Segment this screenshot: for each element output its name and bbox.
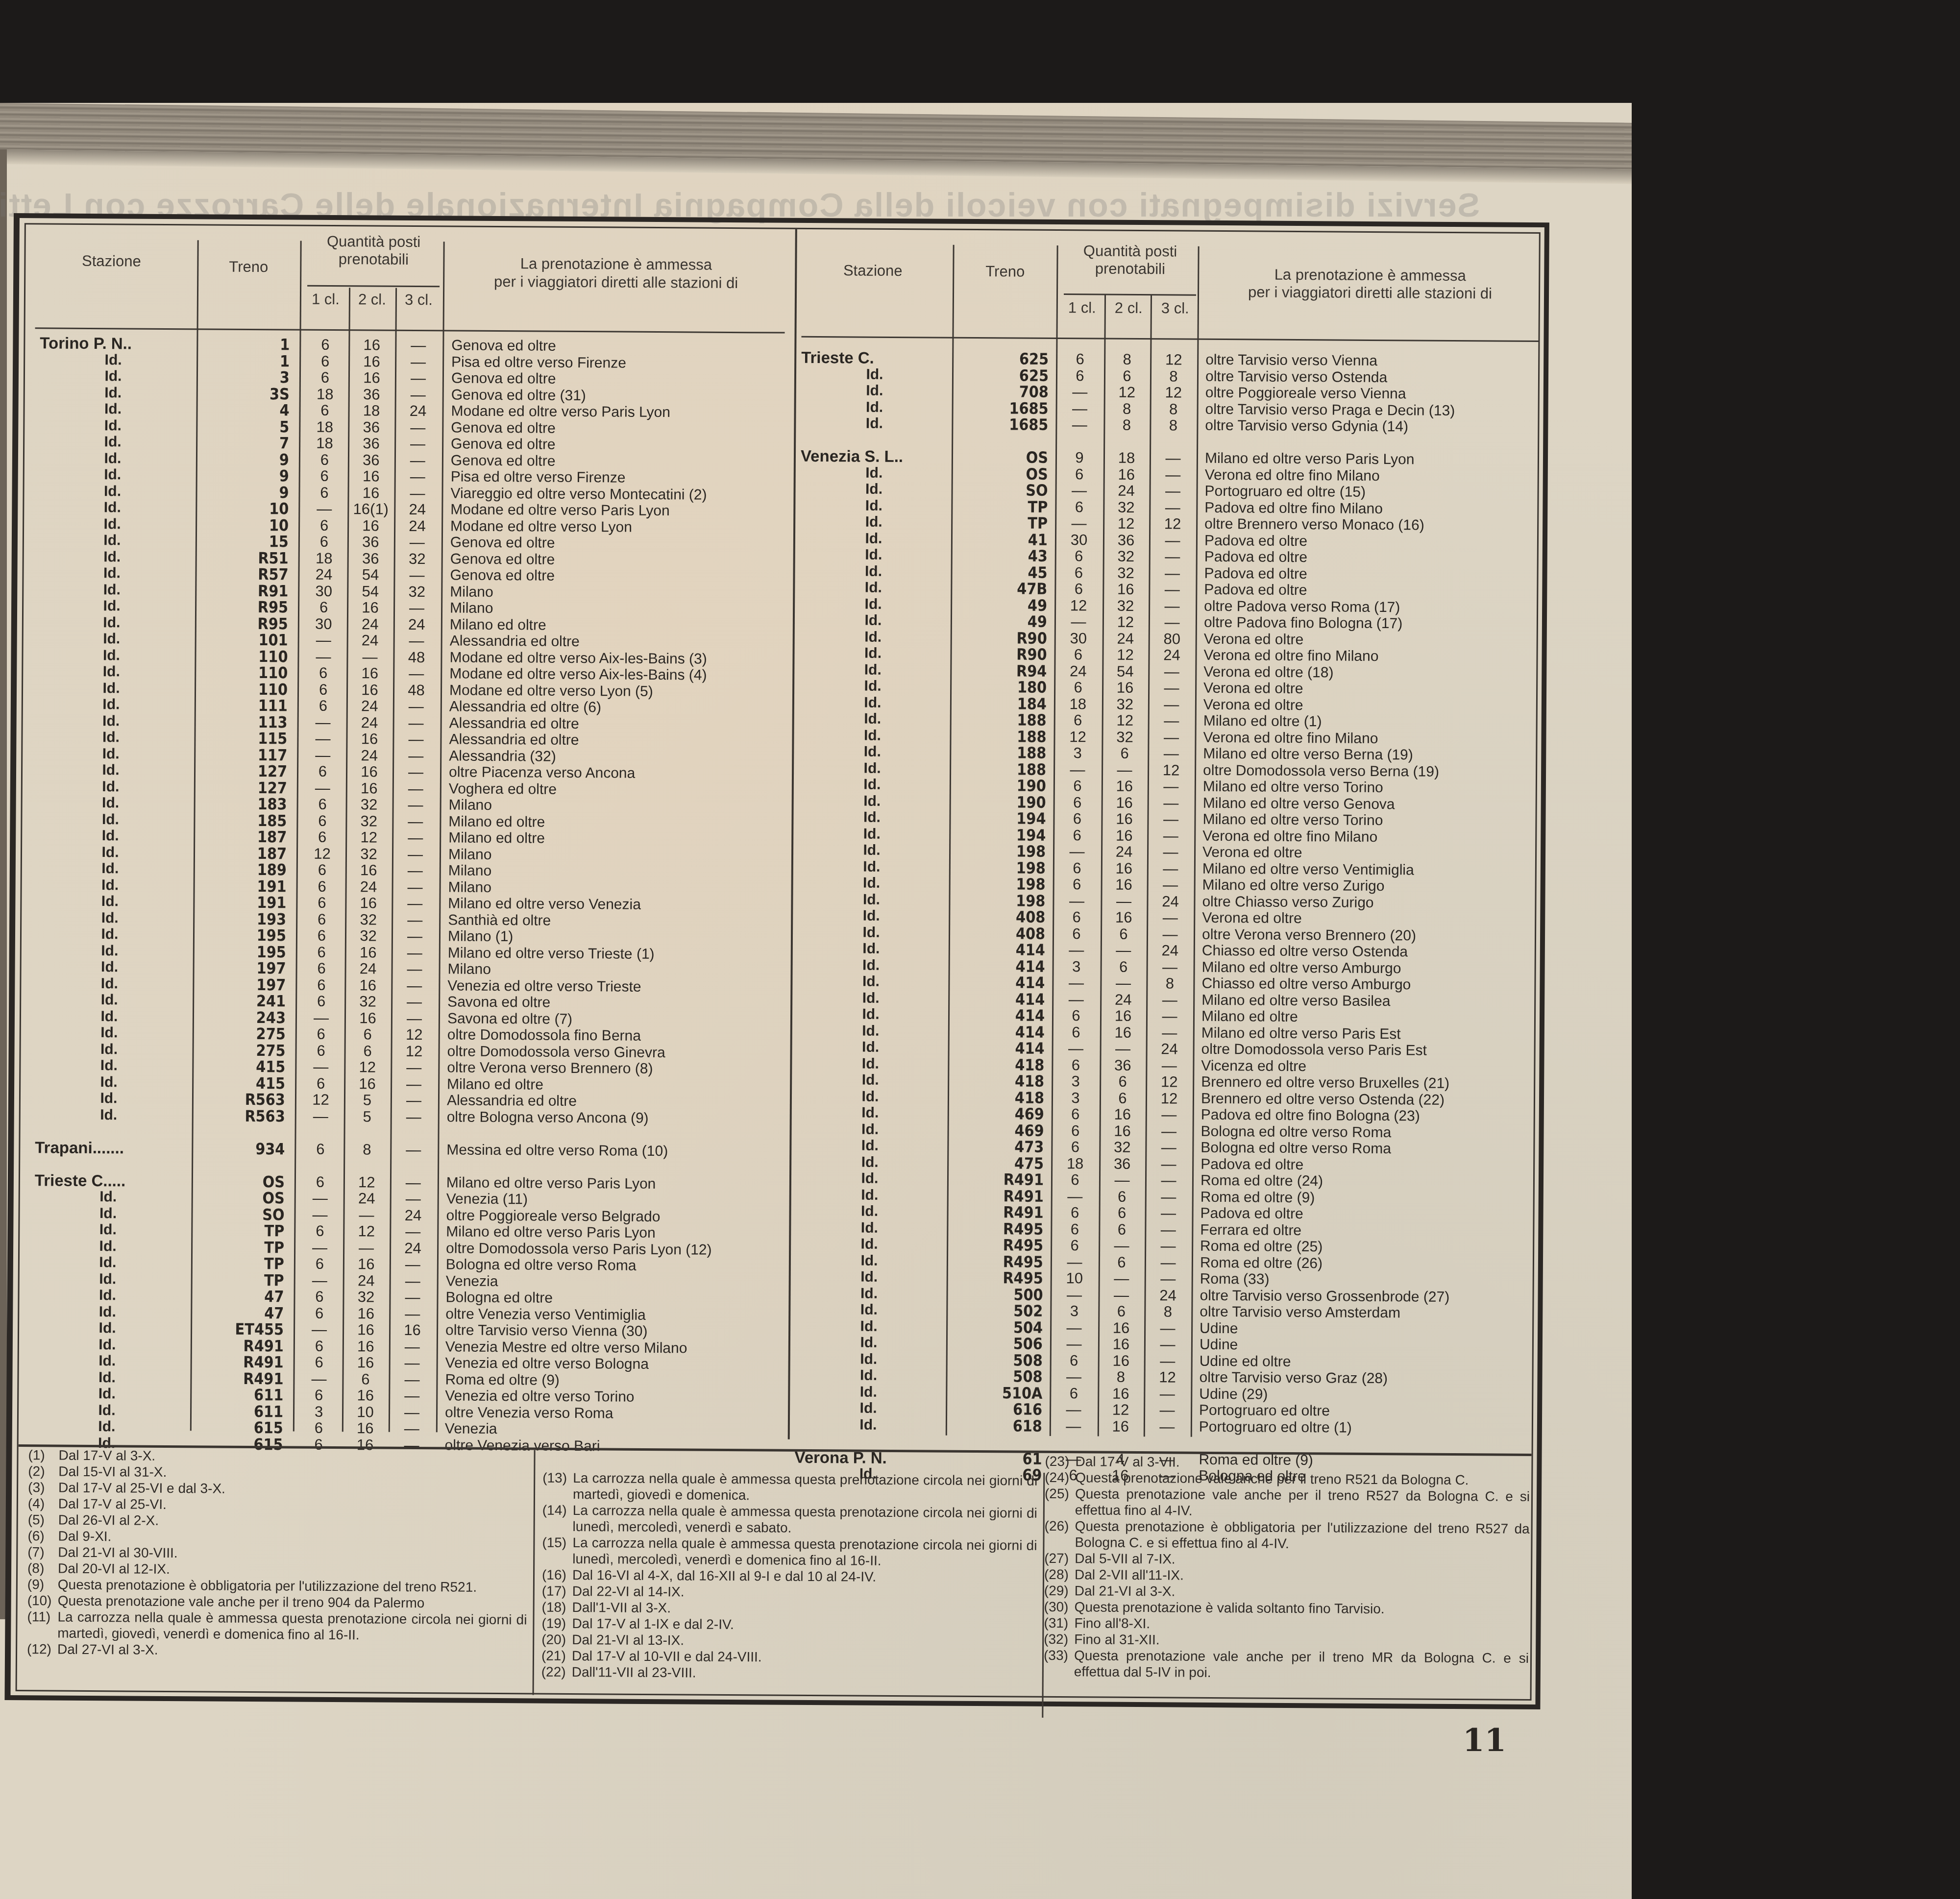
station-cell: Id. [797, 973, 944, 991]
destination-cell: Verona ed oltre fino Milano [1205, 466, 1538, 485]
third-class-seats-cell: — [1149, 532, 1196, 549]
second-class-seats-cell: 24 [344, 960, 391, 977]
train-number-cell: 188 [955, 760, 1046, 778]
first-class-seats-cell: 6 [299, 812, 345, 829]
first-class-seats-cell: 3 [295, 1403, 342, 1420]
first-class-seats-cell: — [1050, 1319, 1098, 1336]
second-class-seats-cell: 54 [1102, 663, 1148, 680]
first-class-seats-cell: 12 [297, 1092, 344, 1109]
footnote: (22)Dall'11-VII al 23-VIII. [541, 1664, 1036, 1683]
first-class-seats-cell: 6 [297, 1075, 344, 1092]
station-cell: Trieste C. [801, 349, 948, 367]
train-number-cell: R491 [953, 1204, 1043, 1221]
train-number-cell: 111 [204, 697, 288, 714]
footnote-number: (31) [1044, 1615, 1074, 1631]
station-cell: Id. [796, 1252, 943, 1269]
third-class-seats-cell: — [394, 419, 441, 436]
train-number-cell: 506 [952, 1335, 1043, 1352]
train-number-cell: OS [201, 1189, 285, 1206]
third-class-seats-cell: — [1145, 1238, 1192, 1255]
third-class-seats-cell: — [395, 386, 441, 403]
station-cell: Id. [38, 680, 185, 697]
third-class-seats-cell: — [389, 1420, 435, 1437]
first-class-seats-cell: 6 [298, 993, 344, 1010]
first-class-seats-cell: 6 [296, 1223, 343, 1240]
station-cell: Id. [38, 630, 185, 648]
first-class-seats-cell: — [1055, 416, 1103, 434]
destination-cell: Milano ed oltre [450, 616, 783, 635]
station-cell: Id. [35, 1073, 182, 1091]
station-cell: Id. [800, 612, 947, 630]
station-cell: Id. [796, 1170, 943, 1188]
train-number-cell: 414 [954, 1040, 1045, 1057]
third-class-seats-cell: — [1148, 778, 1195, 795]
destination-cell: Padova ed oltre [1200, 1156, 1534, 1174]
station-cell: Id. [37, 827, 184, 845]
third-class-seats-cell: — [1147, 876, 1194, 894]
third-class-seats-cell: 12 [391, 1026, 438, 1044]
destination-cell: Chiasso ed oltre verso Amburgo [1201, 975, 1535, 994]
third-class-seats-cell: — [389, 1371, 435, 1388]
header-2cl: 2 cl. [1105, 299, 1152, 318]
third-class-seats-cell: 12 [1149, 515, 1196, 533]
station-cell: Id. [796, 1236, 943, 1253]
destination-cell: oltre Domodossola fino Berna [447, 1026, 781, 1045]
second-class-seats-cell: 6 [1104, 367, 1150, 385]
station-cell: Id. [34, 1238, 181, 1255]
second-class-seats-cell: 16 [1101, 860, 1147, 877]
train-number-cell: 414 [954, 1023, 1045, 1040]
train-number-cell: 187 [203, 828, 287, 845]
book-page: Servizi disimpegnati con veicoli della C… [0, 103, 1632, 1899]
destination-cell: Alessandria (32) [449, 748, 782, 766]
station-cell: Id. [800, 595, 947, 613]
train-number-cell: 500 [952, 1286, 1043, 1303]
station-cell: Id. [36, 1008, 183, 1025]
destination-cell: Milano ed oltre verso Paris Est [1201, 1024, 1535, 1043]
third-class-seats-cell: — [1148, 680, 1195, 697]
train-number-cell: 508 [952, 1368, 1042, 1385]
station-cell: Id. [34, 1205, 181, 1222]
second-class-seats-cell: — [1100, 975, 1146, 992]
first-class-seats-cell: — [1050, 1401, 1098, 1418]
train-number-cell: OS [201, 1173, 285, 1190]
destination-cell: oltre Tarvisio verso Praga e Decin (13) [1205, 401, 1538, 419]
first-class-seats-cell: 6 [301, 517, 347, 534]
third-class-seats-cell: 24 [390, 1207, 436, 1224]
second-class-seats-cell: 54 [347, 566, 393, 584]
station-cell: Id. [797, 1088, 944, 1105]
second-class-seats-cell: 16 [1102, 794, 1148, 811]
destination-cell: oltre Venezia verso Roma [445, 1404, 778, 1423]
train-number-cell: 10 [205, 516, 289, 534]
footnote-text: Questa prenotazione vale anche per il tr… [1074, 1647, 1529, 1682]
train-number-cell: 1 [206, 336, 290, 353]
second-class-seats-cell: 16 [345, 895, 392, 912]
third-class-seats-cell: — [392, 911, 438, 928]
first-class-seats-cell: 6 [1051, 1220, 1099, 1238]
station-cell: Id. [801, 415, 948, 433]
second-class-seats-cell: 36 [348, 386, 395, 403]
train-number-cell: 198 [955, 859, 1046, 876]
destination-cell: Milano ed oltre verso Torino [1203, 779, 1536, 797]
footnote-number: (15) [542, 1534, 572, 1567]
first-class-seats-cell: 6 [298, 927, 345, 945]
train-number-cell: R495 [953, 1220, 1043, 1237]
destination-cell: Messina ed oltre verso Roma (10) [446, 1142, 780, 1160]
destination-cell: Padova ed oltre [1204, 532, 1538, 551]
first-class-seats-cell: 12 [1054, 597, 1102, 614]
second-class-seats-cell: 12 [345, 829, 392, 846]
destination-cell: oltre Padova verso Roma (17) [1204, 598, 1537, 616]
third-class-seats-cell: — [1147, 844, 1194, 861]
train-number-cell: R95 [205, 615, 288, 632]
train-number-cell: 127 [204, 779, 287, 796]
third-class-seats-cell: — [1145, 1254, 1192, 1271]
destination-cell: Santhià ed oltre [448, 912, 781, 930]
second-class-seats-cell: 16 [1098, 1352, 1144, 1369]
destination-cell: Milano [450, 600, 783, 618]
third-class-seats-cell: 8 [1146, 975, 1193, 992]
second-class-seats-cell: 32 [1103, 499, 1149, 516]
first-class-seats-cell: 6 [1053, 794, 1102, 811]
first-class-seats-cell: — [300, 648, 346, 665]
train-number-cell: OS [957, 465, 1048, 482]
station-cell: Trapani....... [35, 1139, 182, 1157]
station-cell: Id. [799, 678, 946, 695]
third-class-seats-cell: — [1147, 926, 1194, 943]
third-class-seats-cell: — [395, 370, 441, 387]
station-cell: Id. [37, 745, 184, 763]
train-number-cell: 510A [952, 1384, 1042, 1401]
station-cell: Id. [34, 1287, 181, 1304]
third-class-seats-cell: 24 [1147, 942, 1194, 959]
first-class-seats-cell: 6 [296, 1338, 343, 1355]
first-class-seats-cell: 6 [1055, 548, 1103, 565]
first-class-seats-cell: — [1055, 482, 1103, 499]
station-cell: Id. [796, 1186, 943, 1204]
header-quantita-line1: Quantità posti [303, 232, 445, 252]
first-class-seats-cell: 18 [301, 435, 348, 452]
footnote-number: (3) [28, 1479, 58, 1495]
station-cell: Id. [801, 382, 948, 400]
third-class-seats-cell: 8 [1150, 401, 1197, 418]
footnote: (26)Questa prenotazione è obbligatoria p… [1044, 1518, 1529, 1553]
destination-cell: Voghera ed oltre [449, 780, 782, 799]
station-cell: Id. [797, 1071, 944, 1089]
station-cell: Id. [799, 727, 946, 744]
third-class-seats-cell: — [1148, 795, 1195, 812]
second-class-seats-cell: — [1099, 1172, 1145, 1189]
station-cell: Id. [798, 825, 945, 843]
second-class-seats-cell: 16 [1102, 581, 1149, 598]
first-class-seats-cell: 6 [301, 484, 347, 501]
train-number-cell: 195 [203, 943, 286, 960]
train-number-cell: 611 [200, 1403, 283, 1420]
station-cell: Id. [36, 942, 183, 960]
first-class-seats-cell: 6 [296, 1289, 343, 1306]
second-class-seats-cell: — [1101, 942, 1147, 959]
first-class-seats-cell: — [1052, 1040, 1100, 1057]
train-number-cell: 43 [957, 547, 1048, 564]
station-cell: Id. [39, 532, 186, 549]
station-cell: Id. [796, 1137, 943, 1155]
destination-cell: Milano [450, 584, 783, 602]
footnote-text: La carrozza nella quale è ammessa questa… [573, 1470, 1037, 1505]
third-class-seats-cell: — [1150, 466, 1197, 484]
first-class-seats-cell: 6 [1054, 564, 1102, 581]
destination-cell: Portogruaro ed oltre (15) [1204, 483, 1538, 502]
destination-cell: Milano ed oltre verso Basilea [1201, 992, 1535, 1010]
second-class-seats-cell: 16 [348, 353, 395, 370]
station-cell: Id. [37, 794, 184, 812]
train-number-cell: 414 [954, 990, 1045, 1007]
destination-cell: Milano ed oltre verso Paris Lyon [1205, 450, 1538, 469]
third-class-seats-cell: 12 [391, 1043, 437, 1060]
station-cell: Id. [798, 907, 945, 925]
third-class-seats-cell: — [392, 928, 438, 945]
first-class-seats-cell: 6 [296, 1354, 343, 1371]
first-class-seats-cell: 6 [1053, 925, 1101, 942]
third-class-seats-cell: 12 [1144, 1369, 1191, 1386]
second-class-seats-cell: 16 [342, 1420, 389, 1437]
footnote-text: La carrozza nella quale è ammessa questa… [573, 1502, 1037, 1537]
third-class-seats-cell: — [393, 567, 440, 584]
second-class-seats-cell: 6 [1100, 1073, 1146, 1091]
station-cell: Id. [34, 1336, 181, 1354]
first-class-seats-cell: — [1054, 613, 1102, 631]
destination-cell: Alessandria ed oltre [450, 633, 783, 651]
destination-cell: Alessandria ed oltre [447, 1092, 780, 1111]
train-number-cell: R495 [953, 1253, 1043, 1270]
first-class-seats-cell: — [1053, 892, 1101, 909]
train-number-cell: 110 [204, 648, 288, 665]
second-class-seats-cell: 12 [343, 1223, 390, 1240]
second-class-seats-cell: 12 [343, 1174, 390, 1191]
third-class-seats-cell: — [395, 337, 441, 354]
first-class-seats-cell: 6 [1053, 909, 1101, 926]
footnote-text: Dal 27-VI al 3-X. [57, 1641, 527, 1660]
first-class-seats-cell: 3 [1053, 745, 1102, 762]
train-number-cell: R491 [200, 1370, 283, 1387]
header-treno: Treno [954, 262, 1056, 281]
destination-cell: oltre Tarvisio verso Amsterdam [1200, 1304, 1533, 1322]
second-class-seats-cell: 8 [1104, 351, 1150, 368]
destination-cell: Roma (33) [1200, 1271, 1533, 1290]
second-class-seats-cell: 18 [1103, 450, 1150, 467]
third-class-seats-cell: — [1149, 565, 1196, 582]
destination-cell: Verona ed oltre fino Milano [1202, 828, 1536, 846]
second-class-seats-cell: 16 [1099, 1122, 1145, 1140]
third-class-seats-cell: — [392, 846, 439, 863]
train-number-cell: 191 [203, 894, 286, 911]
station-cell: Trieste C..... [35, 1172, 182, 1190]
third-class-seats-cell: — [1145, 1172, 1192, 1189]
destination-cell: Modane ed oltre verso Lyon (5) [449, 682, 783, 701]
first-class-seats-cell: 6 [296, 1305, 343, 1322]
destination-cell: Modane ed oltre verso Paris Lyon [450, 501, 784, 520]
train-number-cell: R94 [956, 662, 1047, 679]
footnote-number: (16) [542, 1567, 572, 1583]
station-cell: Id. [36, 975, 183, 993]
second-class-seats-cell: 16 [344, 977, 391, 994]
station-cell: Id. [796, 1153, 943, 1171]
first-class-seats-cell: 6 [299, 862, 345, 879]
footnote-number: (32) [1044, 1631, 1074, 1647]
third-class-seats-cell: — [394, 534, 441, 551]
third-class-seats-cell: — [1147, 811, 1194, 828]
second-class-seats-cell: 16 [345, 944, 392, 961]
footnote-number: (12) [27, 1641, 57, 1657]
footnote-number: (11) [27, 1608, 57, 1641]
third-class-seats-cell: — [391, 1059, 437, 1076]
second-class-seats-cell: 32 [343, 1289, 389, 1306]
train-number-cell: 414 [954, 1007, 1045, 1024]
third-class-seats-cell: — [393, 714, 440, 731]
first-class-seats-cell: 6 [297, 1141, 343, 1158]
second-class-seats-cell: 12 [1102, 712, 1148, 730]
destination-cell: oltre Tarvisio verso Ostenda [1205, 368, 1539, 387]
third-class-seats-cell: — [1149, 581, 1196, 598]
station-cell: Id. [796, 1219, 943, 1237]
destination-cell: Verona ed oltre [1204, 631, 1537, 649]
train-number-cell: 190 [955, 793, 1046, 810]
first-class-seats-cell: 6 [1054, 646, 1102, 663]
destination-cell: Udine ed oltre [1200, 1353, 1533, 1371]
station-cell: Id. [38, 712, 185, 730]
train-number-cell: R95 [205, 598, 288, 615]
third-class-seats-cell: — [392, 764, 439, 781]
second-class-seats-cell: — [343, 1240, 390, 1257]
second-class-seats-cell: 24 [347, 632, 393, 649]
header-3cl: 3 cl. [1152, 299, 1199, 318]
first-class-seats-cell: — [296, 1321, 343, 1339]
third-class-seats-cell: — [389, 1338, 436, 1355]
destination-cell: Milano [448, 879, 782, 898]
station-cell: Id. [795, 1317, 942, 1335]
second-class-seats-cell: 12 [1102, 647, 1148, 664]
station-cell: Id. [34, 1270, 181, 1288]
left-table-rows: Torino P. N..1616—Genova ed oltreId.1616… [30, 335, 787, 339]
third-class-seats-cell: 8 [1144, 1303, 1191, 1320]
footnote: (15)La carrozza nella quale è ammessa qu… [542, 1534, 1037, 1570]
first-class-seats-cell: 6 [300, 665, 346, 682]
second-class-seats-cell: — [1101, 893, 1147, 910]
first-class-seats-cell: — [1055, 515, 1103, 532]
second-class-seats-cell: 32 [345, 846, 392, 863]
station-cell: Id. [37, 729, 184, 746]
timetable-frame: Stazione Treno Quantità posti prenotabil… [4, 213, 1549, 1709]
destination-cell: oltre Domodossola verso Berna (19) [1203, 762, 1536, 780]
third-class-seats-cell: 12 [1146, 1073, 1193, 1091]
first-class-seats-cell: 30 [300, 583, 347, 600]
footnote-text: Questa prenotazione vale anche per il tr… [1075, 1485, 1530, 1521]
second-class-seats-cell: 5 [344, 1092, 391, 1109]
third-class-seats-cell: — [1149, 548, 1196, 565]
footnotes-section: (1)Dal 17-V al 3-X.(2)Dal 15-VI al 31-X.… [17, 1444, 1532, 1701]
third-class-seats-cell: — [391, 961, 438, 978]
train-number-cell: SO [201, 1206, 284, 1223]
station-cell: Id. [37, 860, 184, 877]
third-class-seats-cell: — [1146, 1008, 1193, 1025]
first-class-seats-cell: 6 [1051, 1204, 1099, 1221]
first-class-seats-cell: 6 [1055, 498, 1103, 515]
train-number-cell: R491 [200, 1353, 284, 1370]
station-cell: Id. [34, 1319, 181, 1337]
footnote-number: (10) [27, 1592, 58, 1608]
first-class-seats-cell: 30 [1055, 531, 1103, 548]
second-class-seats-cell: 36 [1099, 1155, 1145, 1172]
second-class-seats-cell: 36 [348, 435, 394, 452]
third-class-seats-cell: 32 [393, 583, 440, 600]
train-number-cell: R57 [205, 565, 288, 583]
second-class-seats-cell: 36 [348, 419, 394, 436]
train-number-cell: 3S [206, 385, 290, 402]
third-class-seats-cell: — [392, 944, 438, 961]
station-cell: Id. [801, 464, 948, 482]
third-class-seats-cell: — [1145, 1156, 1192, 1173]
second-class-seats-cell: 12 [1098, 1402, 1144, 1419]
third-class-seats-cell: 24 [1144, 1287, 1191, 1304]
train-number-cell: 615 [200, 1419, 283, 1436]
destination-cell: Roma ed oltre (26) [1200, 1254, 1533, 1273]
first-class-seats-cell: 6 [298, 895, 345, 912]
third-class-seats-cell: — [1145, 1270, 1192, 1288]
destination-cell: Venezia ed oltre verso Bologna [445, 1355, 779, 1373]
footnote-number: (21) [541, 1648, 572, 1664]
station-cell: Id. [34, 1254, 181, 1271]
third-class-seats-cell: 16 [389, 1322, 436, 1339]
third-class-seats-cell: — [1148, 729, 1195, 746]
second-class-seats-cell: 32 [345, 911, 392, 928]
destination-cell: oltre Piacenza verso Ancona [449, 764, 782, 782]
destination-cell: Bologna ed oltre verso Roma [1200, 1123, 1534, 1142]
train-number-cell: 418 [954, 1056, 1044, 1073]
second-class-seats-cell: 16 [1101, 876, 1147, 894]
second-class-seats-cell: 16 [348, 337, 395, 354]
third-class-seats-cell: — [392, 780, 439, 797]
destination-cell: Modane ed oltre verso Aix-les-Bains (3) [449, 649, 783, 668]
first-class-seats-cell: 6 [1051, 1139, 1099, 1156]
footnote-number: (4) [28, 1495, 58, 1511]
second-class-seats-cell: 6 [344, 1026, 391, 1043]
destination-cell: Bologna ed oltre [445, 1289, 779, 1308]
destination-cell: Padova ed oltre [1204, 549, 1538, 567]
right-table-rows: Trieste C.6256812oltre Tarvisio verso Vi… [796, 349, 1543, 354]
first-class-seats-cell: 6 [1053, 810, 1101, 828]
second-class-seats-cell: 16 [1098, 1319, 1144, 1337]
train-number-cell: R90 [956, 629, 1047, 646]
third-class-seats-cell: 48 [393, 649, 440, 666]
second-class-seats-cell: 24 [347, 616, 393, 633]
third-class-seats-cell: — [393, 665, 440, 682]
first-class-seats-cell: 6 [1054, 581, 1102, 598]
second-class-seats-cell: 36 [348, 452, 394, 469]
destination-cell: Pisa ed oltre verso Firenze [451, 354, 784, 372]
train-number-cell: 197 [202, 976, 286, 993]
first-class-seats-cell: 6 [1055, 465, 1103, 483]
first-class-seats-cell: 6 [300, 698, 346, 715]
train-number-cell: R51 [205, 549, 289, 566]
footnote-number: (23) [1045, 1453, 1075, 1469]
train-number-cell: 9 [206, 451, 289, 468]
third-class-seats-cell: 12 [1150, 384, 1197, 401]
destination-cell: Padova ed oltre [1204, 565, 1537, 584]
second-class-seats-cell: 32 [1099, 1139, 1145, 1156]
train-number-cell: 469 [954, 1105, 1044, 1122]
destination-cell: oltre Poggioreale verso Vienna [1205, 385, 1539, 403]
first-class-seats-cell: 6 [302, 337, 348, 354]
